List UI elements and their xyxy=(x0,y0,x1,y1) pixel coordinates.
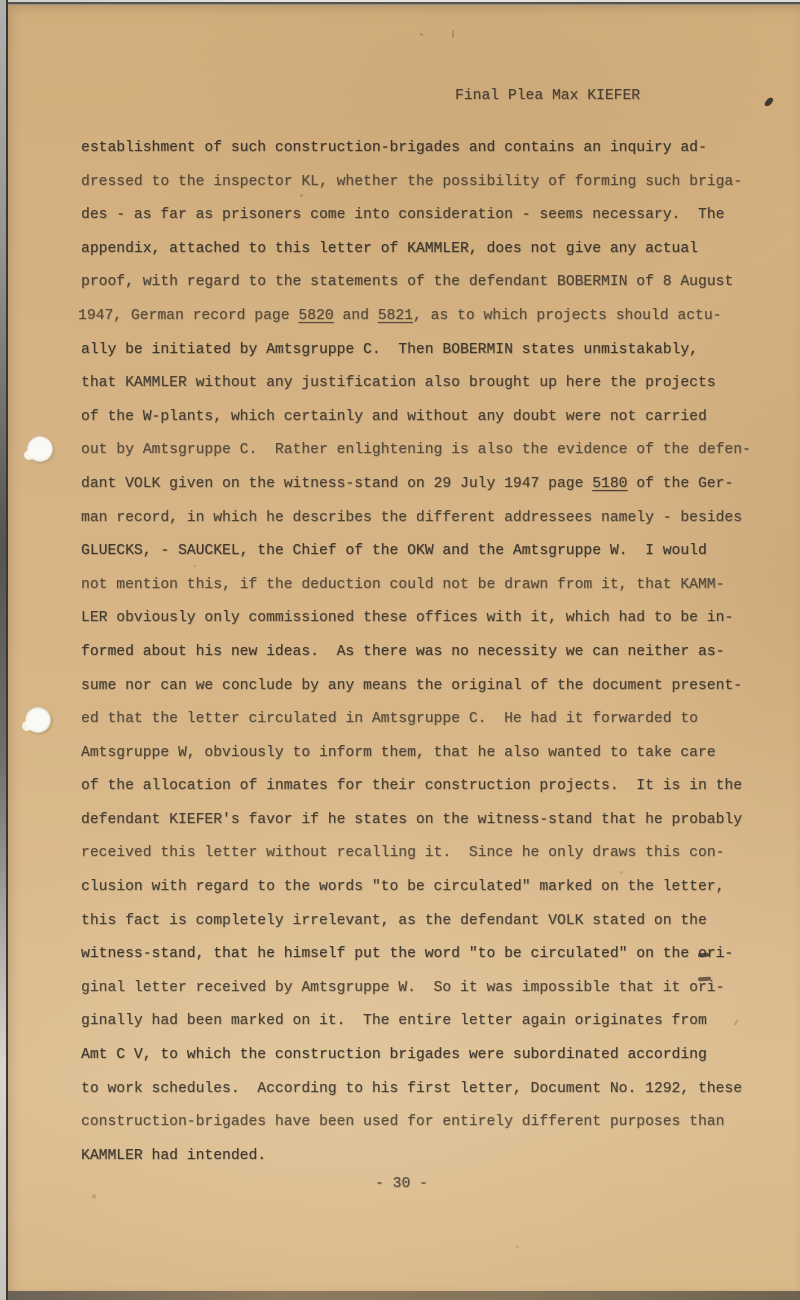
text-line: clusion with regard to the words "to be … xyxy=(81,877,781,911)
paper-speck xyxy=(420,33,423,36)
text-line: formed about his new ideas. As there was… xyxy=(81,642,781,676)
paper-speck xyxy=(92,1194,96,1199)
punch-hole-bottom xyxy=(25,707,51,733)
paper-speck xyxy=(516,1245,519,1248)
punch-hole-top xyxy=(27,436,53,462)
text-line: of the W-plants, which certainly and wit… xyxy=(81,407,781,441)
ink-dash-icon xyxy=(698,977,711,982)
paper-speck xyxy=(300,194,303,197)
text-line: KAMMLER had intended. xyxy=(81,1146,781,1180)
text-line: construction-brigades have been used for… xyxy=(81,1112,781,1146)
text-line: proof, with regard to the statements of … xyxy=(81,272,781,306)
text-line: defendant KIEFER's favor if he states on… xyxy=(81,810,781,844)
paper-speck xyxy=(194,565,196,567)
document-page: Final Plea Max KIEFER establishment of s… xyxy=(8,5,800,1292)
paper-speck xyxy=(452,30,454,38)
text-line: des - as far as prisoners come into cons… xyxy=(81,205,781,239)
paper-speck xyxy=(620,871,623,874)
text-line: witness-stand, that he himself put the w… xyxy=(81,944,781,978)
scan-edge-top xyxy=(0,0,800,4)
text-line: of the allocation of inmates for their c… xyxy=(81,776,781,810)
text-line: not mention this, if the deduction could… xyxy=(81,575,781,609)
page-number: - 30 - xyxy=(375,1176,428,1192)
document-header: Final Plea Max KIEFER xyxy=(455,88,640,104)
scan-edge-bottom xyxy=(0,1291,800,1300)
text-line: establishment of such construction-briga… xyxy=(81,138,781,172)
text-line: Amt C V, to which the construction briga… xyxy=(81,1045,781,1079)
text-line: ally be initiated by Amtsgruppe C. Then … xyxy=(81,340,781,374)
text-line: appendix, attached to this letter of KAM… xyxy=(81,239,781,273)
text-line: Amtsgruppe W, obviously to inform them, … xyxy=(81,743,781,777)
text-line: received this letter without recalling i… xyxy=(81,843,781,877)
text-line: this fact is completely irrelevant, as t… xyxy=(81,911,781,945)
document-body: establishment of such construction-briga… xyxy=(81,138,781,1179)
text-line: sume nor can we conclude by any means th… xyxy=(81,676,781,710)
text-line: out by Amtsgruppe C. Rather enlightening… xyxy=(81,440,781,474)
text-line: that KAMMLER without any justification a… xyxy=(81,373,781,407)
text-line: ginally had been marked on it. The entir… xyxy=(81,1011,781,1045)
text-line: ed that the letter circulated in Amtsgru… xyxy=(81,709,781,743)
text-line: dant VOLK given on the witness-stand on … xyxy=(81,474,781,508)
text-line: LER obviously only commissioned these of… xyxy=(81,608,781,642)
text-line: 1947, German record page 5820 and 5821, … xyxy=(78,306,781,340)
text-line: dressed to the inspector KL, whether the… xyxy=(81,172,781,206)
scanned-document-screenshot: Final Plea Max KIEFER establishment of s… xyxy=(0,0,800,1300)
text-line: to work schedules. According to his firs… xyxy=(81,1079,781,1113)
text-line: ginal letter received by Amtsgruppe W. S… xyxy=(81,978,781,1012)
ink-smudge-icon xyxy=(764,96,774,108)
scan-edge-left xyxy=(0,0,8,1300)
ink-dash-icon xyxy=(698,953,709,958)
text-line: GLUECKS, - SAUCKEL, the Chief of the OKW… xyxy=(81,541,781,575)
text-line: man record, in which he describes the di… xyxy=(81,508,781,542)
